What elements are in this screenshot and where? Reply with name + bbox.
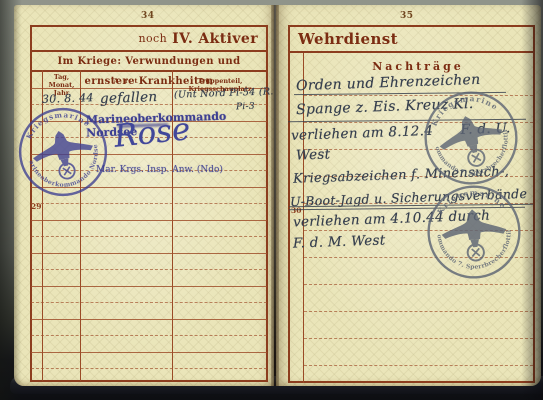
ruled-line	[31, 335, 267, 336]
left-page-header: noch IV. Aktiver	[32, 27, 266, 52]
header-main: IV. Aktiver	[172, 31, 258, 47]
section-title-left: Im Kriege: Verwundungen und ernstere Kra…	[32, 52, 266, 72]
ruled-line	[31, 269, 267, 270]
document-photo: 34 noch IV. Aktiver Im Kriege: Verwundun…	[0, 0, 543, 400]
ruled-line	[31, 302, 267, 303]
ruled-line	[31, 319, 267, 320]
ruled-line	[304, 365, 533, 366]
section-title-right: Nachträge	[303, 60, 533, 73]
handwritten-cause: gefallen	[100, 89, 158, 107]
ruled-line	[304, 338, 533, 339]
page-number-right: 35	[400, 11, 414, 21]
page-gutter	[271, 5, 279, 386]
right-page: 35 Wehrdienst Nachträge 30 Orden und Ehr…	[276, 5, 541, 386]
round-stamp-lower: Kriegsmarine Kommando 7. Sperrbrecherflo…	[415, 173, 532, 290]
ruled-line	[31, 253, 267, 254]
round-stamp-left: Kriegsmarine Marineoberkommando Nordsee	[3, 92, 124, 213]
column-header-art: A r t	[81, 77, 172, 85]
ruled-line	[304, 311, 533, 312]
ruled-line	[31, 236, 267, 237]
ruled-line	[31, 220, 267, 221]
handwritten-entry: F. d. M. West	[293, 232, 386, 251]
left-page: 34 noch IV. Aktiver Im Kriege: Verwundun…	[14, 5, 274, 386]
ruled-line	[31, 368, 267, 369]
header-prefix: noch	[139, 32, 168, 45]
ruled-line	[31, 352, 267, 353]
ruled-line	[304, 284, 533, 285]
handwritten-entry: West	[296, 146, 331, 163]
right-page-header: Wehrdienst	[290, 27, 533, 53]
page-number-left: 34	[141, 11, 155, 21]
ruled-line	[31, 286, 267, 287]
